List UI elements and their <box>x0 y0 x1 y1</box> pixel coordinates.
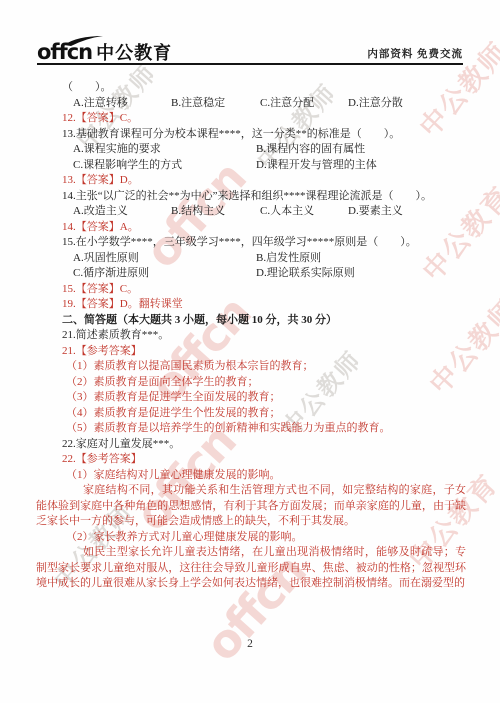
question-continuation: （ ）。 <box>36 80 466 96</box>
option-choice: C.课程影响学生的方式 <box>73 158 256 174</box>
question-line: 14.主张“以广泛的社会**为中心”来选择和组织****课程理论流派是（ ）。 <box>36 189 466 205</box>
option-choice: B.注意稳定 <box>171 96 260 112</box>
question-line: 15.在小学数学****，三年级学习****，四年级学习*****原则是（ ）。 <box>36 235 466 251</box>
answer-item: （5）素质教育是以培养学生的创新精神和实践能力为重点的教育。 <box>36 421 466 437</box>
option-choice: C.注意分配 <box>260 96 348 112</box>
option-choice: D.要素主义 <box>348 204 466 220</box>
header-note: 内部资料 免费交流 <box>367 46 463 63</box>
answer-item: （2）素质教育是面向全体学生的教育； <box>36 375 466 391</box>
option-choice: C.人本主义 <box>260 204 348 220</box>
option-choice: D.理论联系实际原则 <box>256 266 466 282</box>
document-content: （ ）。A.注意转移B.注意稳定C.注意分配D.注意分散12.【答案】C。13.… <box>36 80 466 592</box>
option-choice: B.结构主义 <box>171 204 260 220</box>
question-line: 21.简述素质教育***。 <box>36 328 466 344</box>
answer-line: 21.【参考答案】 <box>36 344 466 360</box>
answer-line: 14.【答案】A。 <box>36 220 466 236</box>
offcn-logo: offcn 中公教育 <box>37 42 172 63</box>
answer-item: （1）家庭结构对儿童心理健康发展的影响。 <box>36 468 466 484</box>
options-row: A.改造主义B.结构主义C.人本主义D.要素主义 <box>36 204 466 220</box>
answer-item: （4）素质教育是促进学生个性发展的教育； <box>36 406 466 422</box>
answer-line: 22.【参考答案】 <box>36 452 466 468</box>
option-choice: A.改造主义 <box>73 204 171 220</box>
page-number: 2 <box>0 638 500 650</box>
options-row: A.注意转移B.注意稳定C.注意分配D.注意分散 <box>36 96 466 112</box>
answer-item: （1）素质教育以提高国民素质为根本宗旨的教育； <box>36 359 466 375</box>
answer-line: 15.【答案】C。 <box>36 282 466 298</box>
section-title: 二、简答题（本大题共 3 小题，每小题 10 分，共 30 分） <box>36 313 466 329</box>
logo-swoosh-icon <box>63 34 105 52</box>
option-choice: A.注意转移 <box>73 96 171 112</box>
answer-paragraph: 家庭结构不同，其功能关系和生活管理方式也不同，如完整结构的家庭，子女能体验到家庭… <box>36 483 466 530</box>
answer-line: 12.【答案】C。 <box>36 111 466 127</box>
answer-line: 13.【答案】D。 <box>36 173 466 189</box>
option-choice: A.课程实施的要求 <box>73 142 256 158</box>
answer-paragraph: 如民主型家长允许儿童表达情绪，在儿童出现消极情绪时，能够及时疏导；专制型家长要求… <box>36 545 466 592</box>
options-row: C.循序渐进原则D.理论联系实际原则 <box>36 266 466 282</box>
answer-item: （3）素质教育是促进学生全面发展的教育； <box>36 390 466 406</box>
option-choice: B.课程内容的固有属性 <box>256 142 466 158</box>
option-choice: D.注意分散 <box>348 96 466 112</box>
options-row: A.巩固性原则B.启发性原则 <box>36 251 466 267</box>
question-line: 13.基础教育课程可分为校本课程****，这一分类**的标准是（ ）。 <box>36 127 466 143</box>
document-page: 中公教师中公教师中公教师offcn中公教育offcn中公教师中公教师offcn中… <box>0 0 500 703</box>
logo-cn-text: 中公教育 <box>96 44 172 63</box>
option-choice: C.循序渐进原则 <box>73 266 256 282</box>
answer-line: 19.【答案】D。翻转课堂 <box>36 297 466 313</box>
question-line: 22.家庭对儿童发展***。 <box>36 437 466 453</box>
option-choice: A.巩固性原则 <box>73 251 256 267</box>
option-choice: D.课程开发与管理的主体 <box>256 158 466 174</box>
option-choice: B.启发性原则 <box>256 251 466 267</box>
options-row: C.课程影响学生的方式D.课程开发与管理的主体 <box>36 158 466 174</box>
page-header: offcn 中公教育 内部资料 免费交流 <box>37 36 463 65</box>
answer-item: （2）家长教养方式对儿童心理健康发展的影响。 <box>36 530 466 546</box>
options-row: A.课程实施的要求B.课程内容的固有属性 <box>36 142 466 158</box>
